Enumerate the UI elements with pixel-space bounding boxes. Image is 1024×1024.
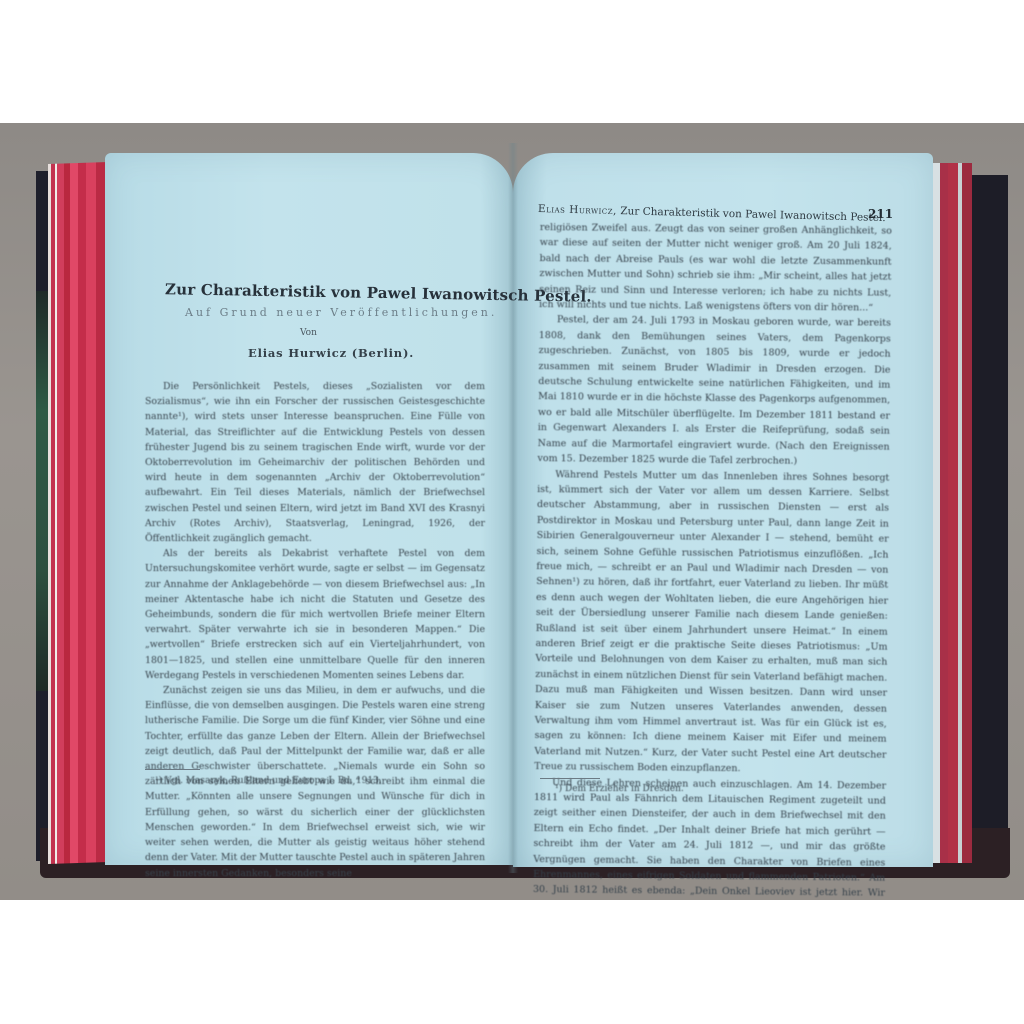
paragraph: Als der bereits als Dekabrist verhaftete… xyxy=(145,546,485,683)
book-gutter xyxy=(508,143,518,873)
page-number: 211 xyxy=(868,207,893,221)
footnote-rule xyxy=(540,778,600,779)
article-subtitle: Auf Grund neuer Veröffentlichungen. xyxy=(185,306,485,319)
left-footnote: ¹) Vgl. Masaryk, Rußland und Europa I. B… xyxy=(155,776,382,786)
paragraph: religiösen Zweifel aus. Zeugt das von se… xyxy=(539,220,892,316)
article-author: Elias Hurwicz (Berlin). xyxy=(248,346,414,360)
left-page-body: Die Persönlichkeit Pestels, dieses „Sozi… xyxy=(145,379,485,881)
footnote-rule xyxy=(145,769,200,770)
running-head-author: Elias Hurwicz, xyxy=(538,203,617,217)
right-page-body: religiösen Zweifel aus. Zeugt das von se… xyxy=(533,220,892,900)
right-footnote: ¹) Dem Erzieher in Dresden. xyxy=(555,784,684,794)
book-photo: Zur Charakteristik von Pawel Iwanowitsch… xyxy=(0,123,1024,900)
paragraph: Pestel, der am 24. Juli 1793 in Moskau g… xyxy=(537,312,891,470)
page-edges-left xyxy=(48,162,108,864)
paragraph: Während Pestels Mutter um das Innenleben… xyxy=(534,466,889,778)
paragraph: Die Persönlichkeit Pestels, dieses „Sozi… xyxy=(145,379,485,546)
byline-prefix: Von xyxy=(300,328,317,338)
